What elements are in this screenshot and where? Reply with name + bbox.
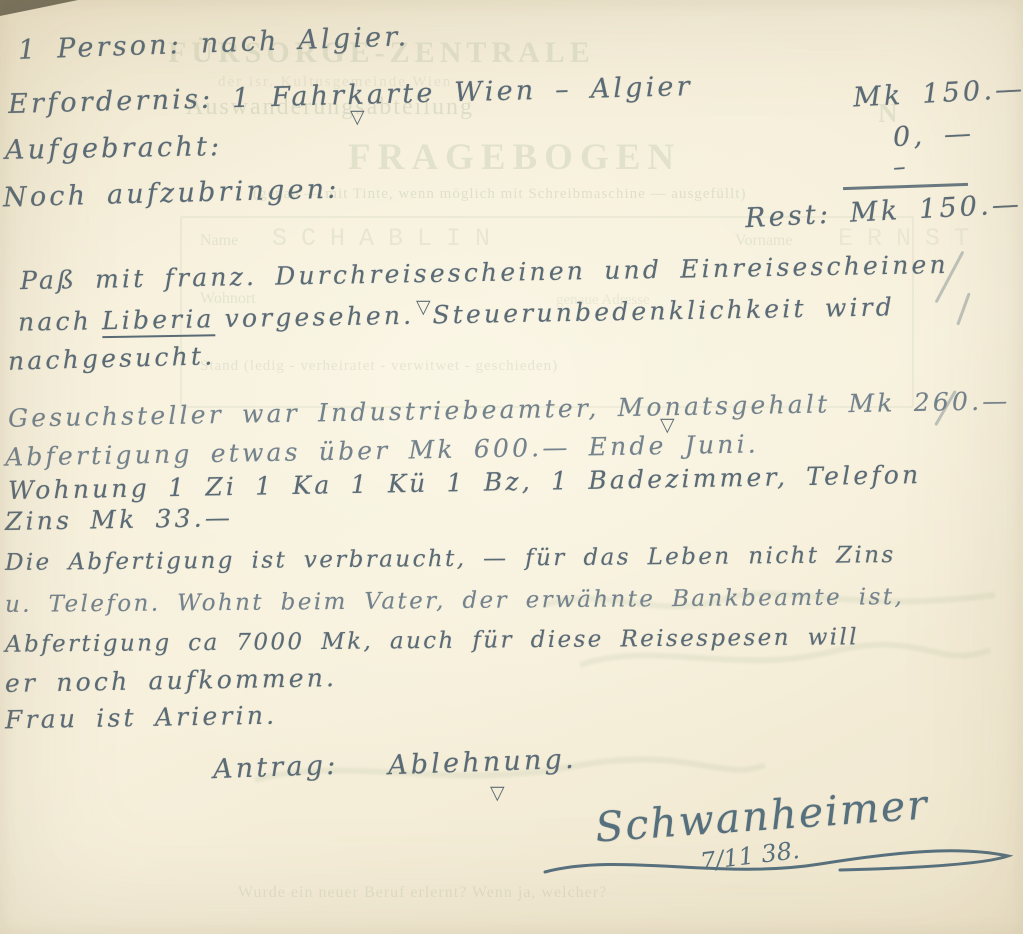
underlined-word-liberia: Liberia <box>102 304 215 338</box>
handwritten-line: Zins Mk 33.— <box>5 503 234 536</box>
caret-mark: ▽ <box>350 106 365 129</box>
caret-mark: ▽ <box>490 782 505 805</box>
handwritten-line: er noch aufkommen. <box>5 663 338 698</box>
ghost-field-name-value: SCHABLIN <box>272 224 504 253</box>
ghost-field-vorname-value: ERNST <box>838 224 983 253</box>
antrag-value: Ablehnung. <box>388 744 578 782</box>
document-page: FÜRSORGE-ZENTRALE der isr. Kultusgemeind… <box>0 0 1023 934</box>
caret-mark: ▽ <box>416 296 431 319</box>
caret-mark: ▽ <box>660 414 675 437</box>
handwritten-line: Noch aufzubringen: <box>3 174 340 214</box>
ghost-field-stand-label: Stand (ledig - verheiratet - verwitwet -… <box>200 358 558 375</box>
ghost-form-title: FRAGEBOGEN <box>348 136 681 179</box>
ghost-bottom-question: Wurde ein neuer Beruf erlernt? Wenn ja, … <box>238 884 607 902</box>
handwritten-line: Frau ist Arierin. <box>5 701 278 735</box>
antrag-label: Antrag: <box>212 750 339 785</box>
amount-entry: 0, — <box>892 118 975 153</box>
amount-entry: Mk 150.— <box>852 74 1023 114</box>
pencil-stroke <box>956 293 970 326</box>
handwritten-line: nachgesucht. <box>8 341 216 375</box>
ghost-field-name-label: Name <box>200 232 238 250</box>
ghost-field-vorname-label: Vorname <box>735 232 792 250</box>
sum-rule <box>843 183 968 190</box>
sum-tick-mark: – <box>892 151 910 181</box>
handwritten-line: Aufgebracht: <box>5 131 223 166</box>
handwritten-line: Die Abfertigung ist verbraucht, — für da… <box>5 542 896 576</box>
line-fragment: nach <box>18 306 92 336</box>
scan-edge-artifact <box>0 0 78 16</box>
